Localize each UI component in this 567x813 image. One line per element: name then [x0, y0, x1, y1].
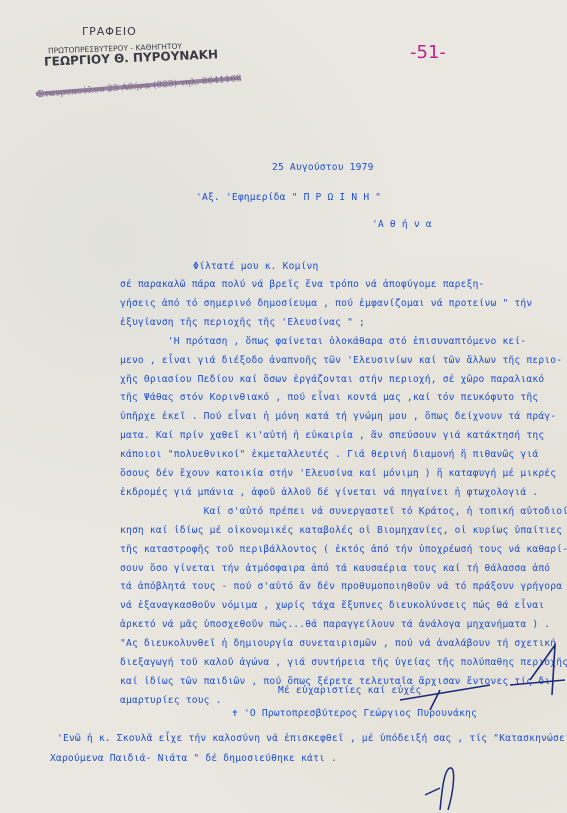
- body-line: ἐκδρομές γιά μπάνια , ἀφοῦ ἀλλοῦ δέ γίνε…: [120, 487, 538, 498]
- body-line: γήσεις ἀπό τό σημερινό δημοσίευμα , πού …: [120, 298, 532, 309]
- recipient-line-2: 'Α θ ή ν α: [372, 219, 432, 230]
- body-line: ματα. Καί πρίν χαθεῖ κι'αὐτή ἡ εὐκαιρία …: [120, 430, 544, 441]
- recipient-line-1: 'Αξ. 'Εφημερίδα " Π Ρ Ω Ι Ν Η ": [196, 192, 381, 203]
- letterhead-title: ΓΡΑΦΕΙΟ: [82, 25, 137, 38]
- letterhead-address: Σταυροπούλου 23 Αθήνα (823) τηλ. 8641168: [37, 74, 242, 100]
- body-line: τῆς καταστροφῆς τοῦ περιβάλλοντος ( ἐκτό…: [120, 544, 567, 555]
- page-number: -51-: [410, 42, 446, 63]
- handwritten-signature: [380, 640, 567, 720]
- body-line: 'Η πρόταση , ὅπως φαίνεται ὁλοκάθαρα στό…: [120, 336, 526, 347]
- letter-date: 25 Αυγούστου 1979: [272, 162, 374, 173]
- postscript-line-2: Χαρούμενα Παιδιά- Νιάτα " δέ δημοσιεύθηκ…: [50, 753, 337, 764]
- handwritten-note: [420, 760, 470, 813]
- body-line: Καί σ'αὐτό πρέπει νά συνεργαστεῖ τό Κράτ…: [120, 506, 567, 517]
- body-line: νά ἐξαναγκασθοῦν νόμιμα , χωρίς τάχα ἔξυ…: [120, 600, 544, 611]
- body-line: χῆς Θριασίου Πεδίου καί ὅσων ἐργάζονται …: [120, 374, 544, 385]
- body-line: τά ἀπόβλητά τους - πού σ'αὐτό ἄν δέν προ…: [120, 581, 562, 592]
- body-line: κάποιοι "πολυεθνικοί" ἐκμεταλλευτές . Γι…: [120, 449, 538, 460]
- body-line: σουν ὅσο γίνεται τήν ἀτμόσφαιρα ἀπό τά κ…: [120, 563, 550, 574]
- body-line: ἐξυγίανση τῆς περιοχῆς τῆς 'Ελευσίνας " …: [120, 317, 365, 328]
- salutation: Φίλτατέ μου κ. Κομίνη: [193, 261, 319, 272]
- body-line: σέ παρακαλῶ πάρα πολύ νά βρεῖς ἕνα τρόπο…: [120, 279, 485, 290]
- body-line: μενο , εἶναι γιά διέξοδο ἀναπνοῆς τῶν 'Ε…: [120, 355, 562, 366]
- body-line: τῆς Ψάθας στόν Κορινθιακό , πού εἶναι κο…: [120, 392, 538, 403]
- body-line: αμαρτυρίες τους .: [120, 695, 222, 706]
- postscript-line-1: 'Ενῶ ἡ κ. Σκουλᾶ εἶχε τήν καλοσύνη νά ἐπ…: [57, 733, 567, 744]
- body-line: ἀρκετό νά μᾶς ὑποσχεθοῦν πώς...θά παραγγ…: [120, 619, 550, 630]
- body-line: κηση καί ἰδίως μέ οἰκονομικές καταβολές …: [120, 525, 562, 536]
- body-line: ὑπῆρχε ἐκεῖ . Πού εἶναι ἡ μόνη κατά τή γ…: [120, 411, 556, 422]
- body-line: ὅσους δέν ἔχουν κατοικία στήν 'Ελευσίνα …: [120, 468, 556, 479]
